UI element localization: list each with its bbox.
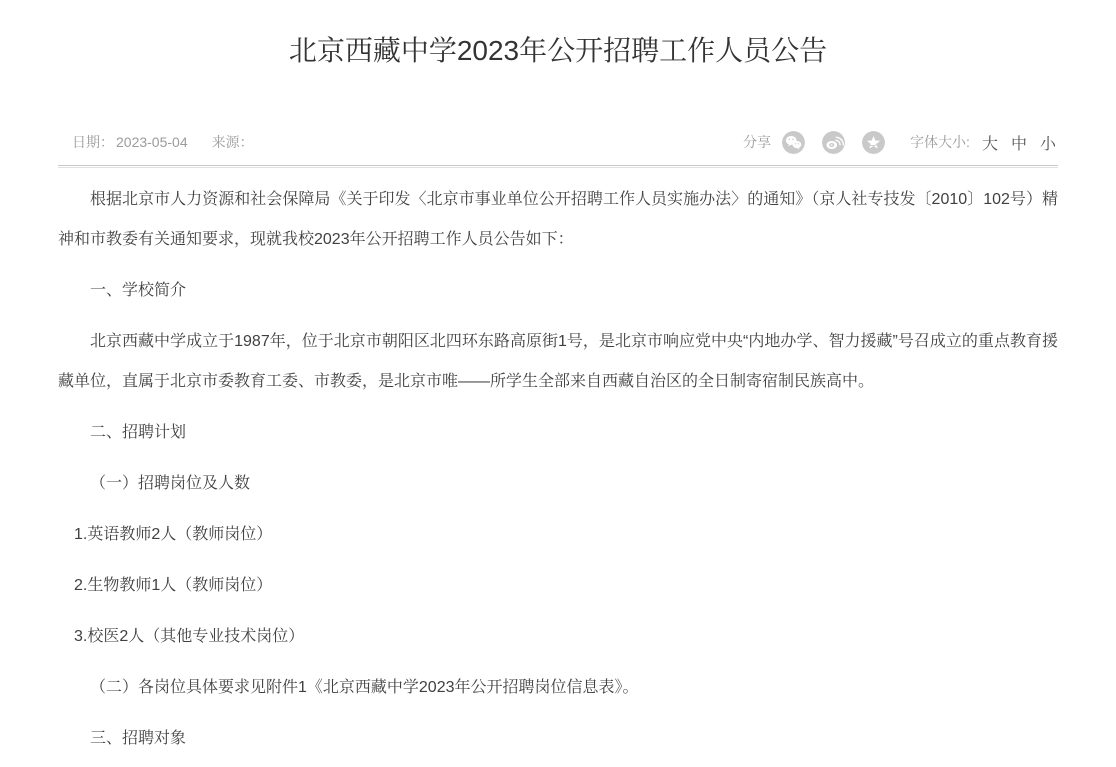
heading-section-3: 三、招聘对象 [58, 719, 1058, 759]
subheading-2-2: （二）各岗位具体要求见附件1《北京西藏中学2023年公开招聘岗位信息表》。 [58, 668, 1058, 708]
meta-bar: 日期：2023-05-04 来源： 分享 [58, 130, 1058, 154]
weibo-share-icon[interactable] [822, 131, 845, 154]
page-title: 北京西藏中学2023年公开招聘工作人员公告 [58, 0, 1058, 66]
article-body: 根据北京市人力资源和社会保障局《关于印发〈北京市事业单位公开招聘工作人员实施办法… [58, 168, 1058, 759]
content-container: 北京西藏中学2023年公开招聘工作人员公告 日期：2023-05-04 来源： … [58, 0, 1058, 759]
list-item-position-1: 1.英语教师2人（教师岗位） [58, 515, 1058, 555]
source-label: 来源： [212, 132, 254, 152]
paragraph-school-intro: 北京西藏中学成立于1987年，位于北京市朝阳区北四环东路高原街1号，是北京市响应… [58, 322, 1058, 402]
list-item-position-3: 3.校医2人（其他专业技术岗位） [58, 617, 1058, 657]
date-label: 日期： [72, 132, 114, 152]
wechat-share-icon[interactable] [782, 131, 805, 154]
heading-section-1: 一、学校简介 [58, 271, 1058, 311]
qzone-share-icon[interactable] [862, 131, 885, 154]
heading-section-2: 二、招聘计划 [58, 413, 1058, 453]
date-value: 2023-05-04 [116, 134, 188, 150]
font-size-large-button[interactable]: 大 [982, 131, 998, 154]
share-label: 分享 [743, 132, 771, 152]
subheading-2-1: （一）招聘岗位及人数 [58, 464, 1058, 504]
font-size-medium-button[interactable]: 中 [1011, 131, 1027, 154]
font-size-small-button[interactable]: 小 [1040, 131, 1056, 154]
share-cluster: 分享 [743, 131, 1058, 154]
list-item-position-2: 2.生物教师1人（教师岗位） [58, 566, 1058, 606]
font-size-label: 字体大小: [910, 132, 970, 152]
paragraph-intro: 根据北京市人力资源和社会保障局《关于印发〈北京市事业单位公开招聘工作人员实施办法… [58, 180, 1058, 260]
